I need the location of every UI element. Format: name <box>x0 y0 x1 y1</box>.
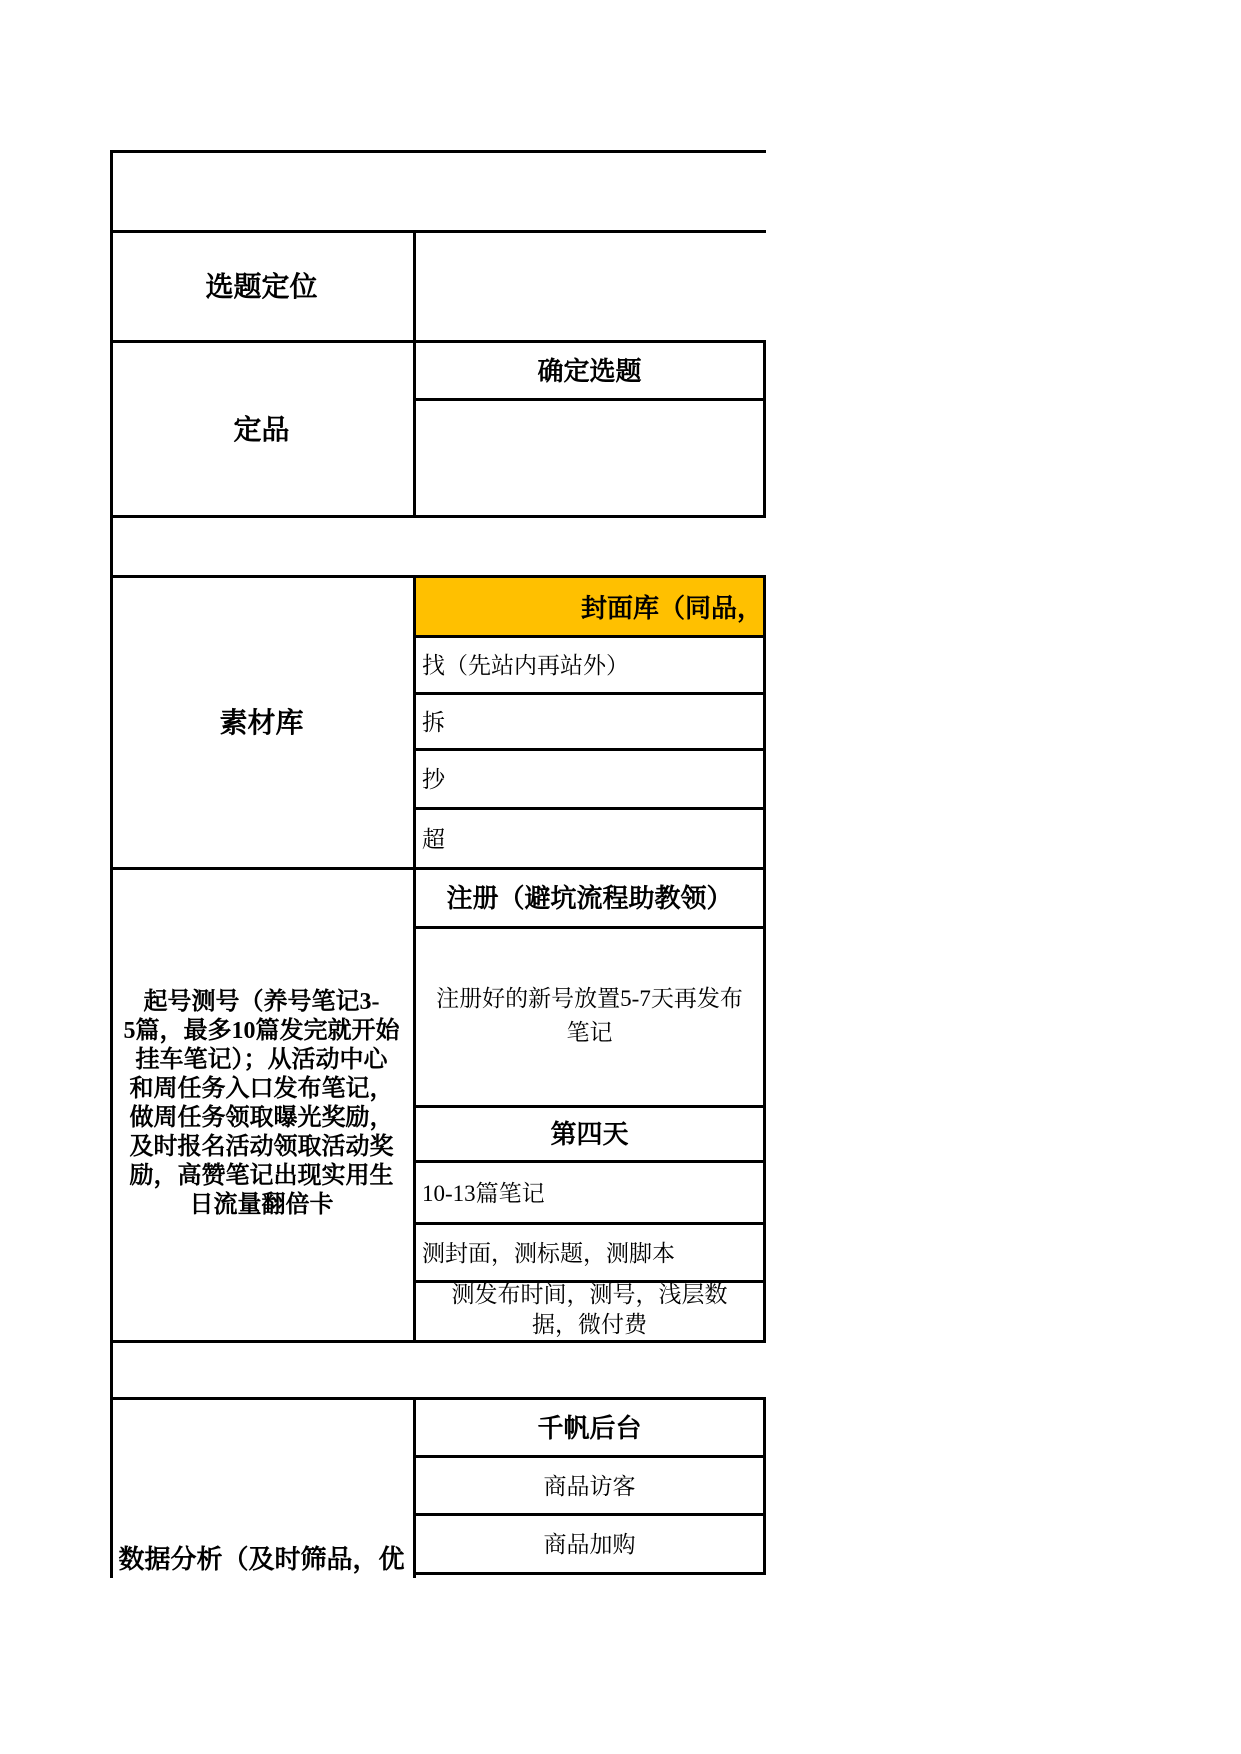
grid-line <box>110 150 113 1578</box>
notes-count-cell: 10-13篇笔记 <box>416 1163 763 1219</box>
topic-positioning-detail-cell <box>416 233 763 337</box>
product-selection-label: 定品 <box>110 343 413 512</box>
account-launch-label: 起号测号（养号笔记3- 5篇，最多10篇发完就开始 挂车笔记）；从活动中心 和周… <box>110 870 413 1337</box>
grid-line <box>110 150 766 153</box>
grid-line <box>413 230 416 518</box>
grid-line <box>110 230 766 233</box>
confirm-topic-empty-cell <box>416 401 763 512</box>
grid-line <box>413 1513 766 1516</box>
table-header-empty-cell <box>113 153 763 227</box>
topic-positioning-label: 选题定位 <box>110 233 413 337</box>
grid-line <box>110 575 766 578</box>
grid-line <box>413 1160 766 1163</box>
grid-line <box>110 1397 766 1400</box>
grid-line <box>413 1280 766 1283</box>
grid-line <box>413 748 766 751</box>
product-visitors-cell: 商品访客 <box>416 1458 763 1510</box>
grid-line <box>413 926 766 929</box>
product-add-cart-cell: 商品加购 <box>416 1516 763 1569</box>
confirm-topic-cell: 确定选题 <box>416 343 763 395</box>
spreadsheet-print-page: 选题定位 定品 确定选题 素材库 封面库（同品， 找（先站内再站外） 拆 抄 超… <box>0 0 1241 1754</box>
data-analysis-label: 数据分析（及时筛品，优 <box>110 1544 413 1578</box>
register-cell: 注册（避坑流程助教领） <box>416 870 763 923</box>
material-find-cell: 找（先站内再站外） <box>416 638 763 689</box>
grid-line <box>413 1105 766 1108</box>
grid-line <box>413 1455 766 1458</box>
test-more-cell: 测发布时间，测号，浅层数 据，微付费 <box>416 1283 763 1337</box>
grid-line <box>413 807 766 810</box>
material-copy-cell: 抄 <box>416 751 763 804</box>
grid-line <box>413 1222 766 1225</box>
grid-line <box>413 692 766 695</box>
grid-line <box>413 1572 766 1575</box>
grid-line <box>110 340 766 343</box>
plan-table: 选题定位 定品 确定选题 素材库 封面库（同品， 找（先站内再站外） 拆 抄 超… <box>0 0 1241 1578</box>
grid-line <box>413 635 766 638</box>
grid-line <box>763 1397 766 1575</box>
cover-library-cell: 封面库（同品， <box>416 578 763 635</box>
material-library-label: 素材库 <box>110 578 413 864</box>
grid-line <box>110 515 766 518</box>
grid-line <box>110 867 766 870</box>
grid-line <box>413 575 416 1343</box>
grid-line <box>110 1340 766 1343</box>
material-surpass-cell: 超 <box>416 810 763 864</box>
grid-line <box>413 1397 416 1578</box>
grid-line <box>763 575 766 1343</box>
test-items-cell: 测封面，测标题，测脚本 <box>416 1225 763 1277</box>
grid-line <box>763 340 766 518</box>
register-wait-cell: 注册好的新号放置5-7天再发布 笔记 <box>416 929 763 1102</box>
grid-line <box>413 398 766 401</box>
qianfan-backend-cell: 千帆后台 <box>416 1400 763 1452</box>
day-four-cell: 第四天 <box>416 1108 763 1157</box>
material-split-cell: 拆 <box>416 695 763 745</box>
